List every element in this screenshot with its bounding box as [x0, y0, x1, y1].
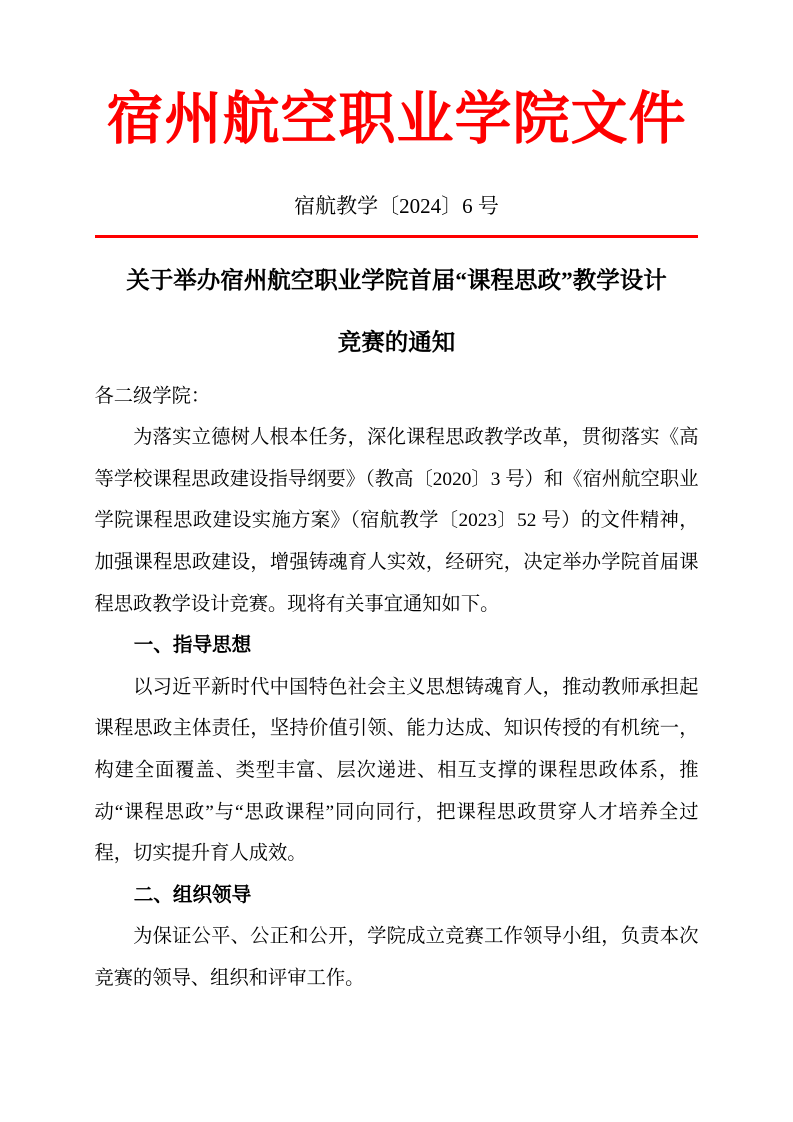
document-title: 关于举办宿州航空职业学院首届“课程思政”教学设计 竞赛的通知	[77, 250, 717, 374]
header-divider-line	[95, 235, 698, 238]
section-heading-organization-leadership: 二、组织领导	[95, 875, 699, 917]
paragraph-intro: 为落实立德树人根本任务，深化课程思政教学改革，贯彻落实《高等学校课程思政建设指导…	[95, 417, 699, 625]
paragraph-organization-leadership: 为保证公平、公正和公开，学院成立竞赛工作领导小组，负责本次竞赛的领导、组织和评审…	[95, 916, 699, 999]
document-header-org-title: 宿州航空职业学院文件	[0, 0, 793, 154]
document-number: 宿航教学〔2024〕6 号	[0, 194, 793, 219]
document-title-line2: 竞赛的通知	[77, 312, 717, 374]
document-body: 各二级学院： 为落实立德树人根本任务，深化课程思政教学改革，贯彻落实《高等学校课…	[95, 376, 699, 1000]
section-heading-guiding-ideology: 一、指导思想	[95, 625, 699, 667]
document-title-line1: 关于举办宿州航空职业学院首届“课程思政”教学设计	[77, 250, 717, 312]
document-page: 宿州航空职业学院文件 宿航教学〔2024〕6 号 关于举办宿州航空职业学院首届“…	[0, 0, 793, 1122]
paragraph-guiding-ideology: 以习近平新时代中国特色社会主义思想铸魂育人，推动教师承担起课程思政主体责任，坚持…	[95, 667, 699, 875]
salutation: 各二级学院：	[95, 376, 699, 418]
